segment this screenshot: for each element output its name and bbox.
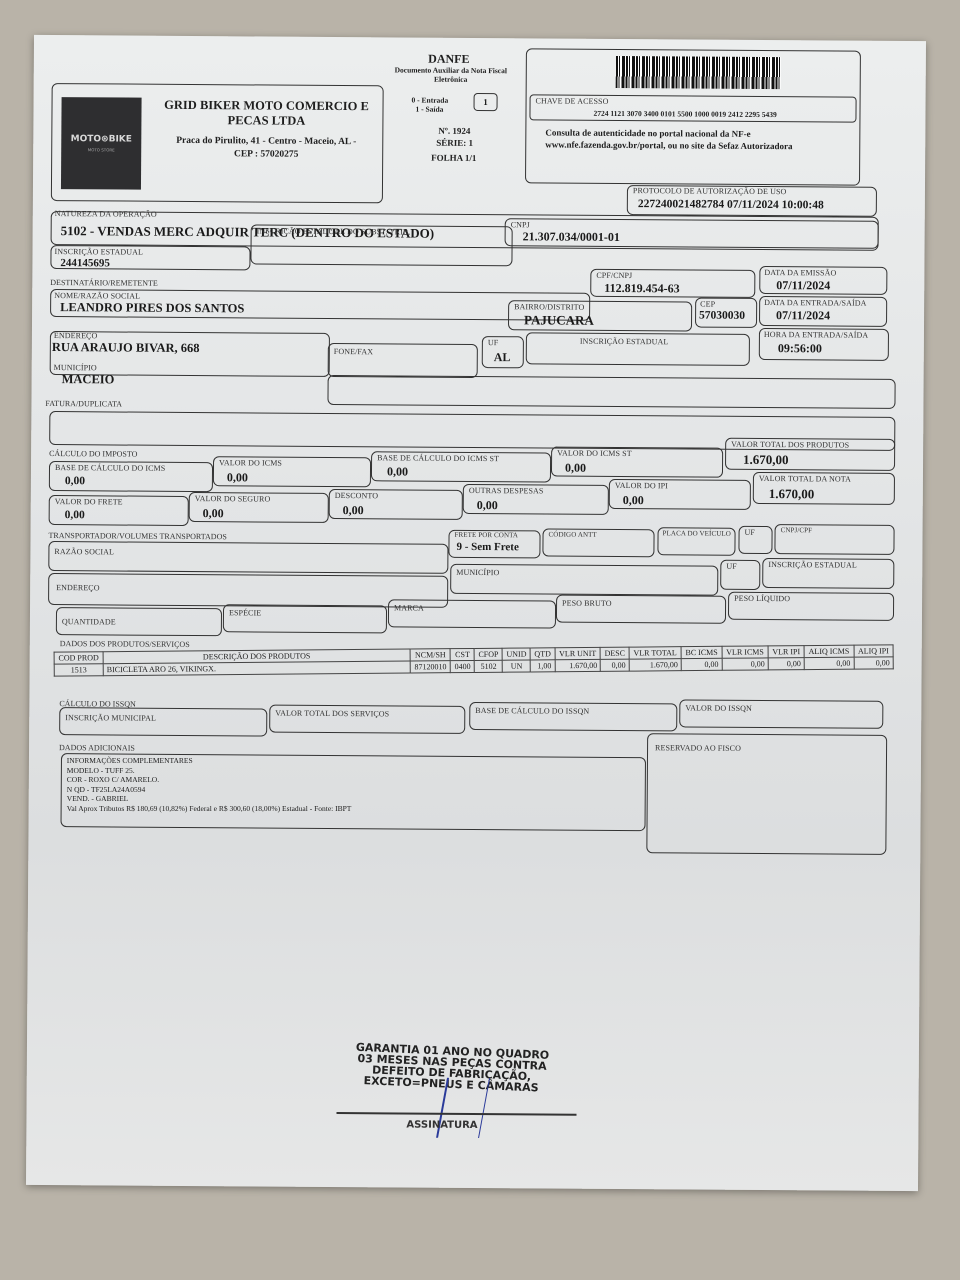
danfe-document: MOTO⊛BIKE MOTO STORE GRID BIKER MOTO COM… — [26, 35, 926, 1191]
uf-value: AL — [494, 350, 511, 365]
products-header-cell: COD PROD — [54, 652, 103, 664]
additional-info-line: VEND. - GABRIEL — [67, 794, 352, 804]
total-note-value: 1.670,00 — [769, 486, 815, 502]
carrier-city-label: MUNICÍPIO — [456, 568, 499, 577]
access-key-value: 2724 1121 3070 3400 0101 5500 1000 0019 … — [593, 109, 776, 119]
icms-st-value: 0,00 — [565, 461, 586, 476]
other-value: 0,00 — [477, 498, 498, 513]
cep-value: 57030030 — [699, 310, 745, 322]
city-row-box — [327, 375, 895, 409]
danfe-number: Nº. 1924 — [438, 126, 470, 136]
product-cell: BICICLETA ARO 26, VIKINGX. — [103, 661, 410, 676]
district-label: BAIRRO/DISTRITO — [514, 302, 584, 311]
icms-st-label: VALOR DO ICMS ST — [557, 449, 632, 459]
product-cell: 0,00 — [768, 658, 804, 670]
insurance-value: 0,00 — [203, 506, 224, 521]
products-header-cell: VLR TOTAL — [629, 647, 681, 659]
issuer-name: GRID BIKER MOTO COMERCIO E PECAS LTDA — [151, 98, 381, 130]
products-header-cell: VLR UNIT — [555, 647, 601, 659]
state-reg-label: INSCRIÇÃO ESTADUAL — [54, 247, 143, 257]
danfe-subtitle: Documento Auxiliar da Nota Fiscal Eletrô… — [386, 65, 516, 84]
base-icms-value: 0,00 — [65, 475, 85, 487]
phone-label: FONE/FAX — [334, 347, 373, 356]
products-header-cell: CFOP — [474, 648, 502, 660]
signature-label: ASSINATURA — [406, 1120, 477, 1131]
additional-info-lines: INFORMAÇÕES COMPLEMENTARESMODELO - TUFF … — [67, 756, 352, 813]
antt-label: CÓDIGO ANTT — [549, 531, 597, 539]
product-cell: 0,00 — [681, 658, 722, 670]
municipal-reg-label: INSCRIÇÃO MUNICIPAL — [65, 713, 156, 723]
issqn-base-label: BASE DE CÁLCULO DO ISSQN — [475, 706, 589, 716]
product-cell: 1.670,00 — [629, 659, 681, 671]
total-products-label: VALOR TOTAL DOS PRODUTOS — [731, 440, 849, 450]
freight-label: VALOR DO FRETE — [55, 497, 123, 506]
freight-payer-label: FRETE POR CONTA — [455, 531, 519, 539]
danfe-entry: 0 - Entrada — [412, 96, 449, 105]
recipient-section: DESTINATÁRIO/REMETENTE — [50, 278, 158, 288]
icms-value: 0,00 — [227, 470, 248, 485]
operation-label: NATUREZA DA OPERAÇÃO — [55, 209, 157, 219]
cep-label: CEP — [700, 300, 715, 309]
time-value: 09:56:00 — [778, 341, 822, 356]
additional-info-line: INFORMAÇÕES COMPLEMENTARES — [67, 756, 352, 766]
products-header-cell: ALIQ IPI — [854, 645, 894, 657]
entry-date: 07/11/2024 — [776, 308, 830, 323]
products-table: COD PRODDESCRIÇÃO DOS PRODUTOSNCM/SHCSTC… — [54, 644, 894, 676]
total-note-label: VALOR TOTAL DA NOTA — [759, 474, 851, 484]
issue-date: 07/11/2024 — [776, 278, 830, 293]
logo-text: MOTO⊛BIKE — [71, 134, 132, 144]
product-cell: 0,00 — [722, 658, 768, 670]
carrier-address-label: ENDEREÇO — [56, 583, 100, 592]
danfe-series: SÉRIE: 1 — [436, 138, 473, 148]
base-icms-label: BASE DE CÁLCULO DO ICMS — [55, 463, 165, 473]
issuer-cep: CEP : 57020275 — [151, 149, 381, 161]
danfe-sheet: FOLHA 1/1 — [431, 153, 476, 163]
fisco-label: RESERVADO AO FISCO — [655, 743, 741, 753]
issue-date-label: DATA DA EMISSÃO — [764, 268, 836, 278]
additional-info-line: N QD - TF25LA24A0594 — [67, 785, 352, 795]
protocol-value: 227240021482784 07/11/2024 10:00:48 — [638, 198, 824, 211]
cnpj-label: CNPJ — [511, 220, 530, 229]
issuer-address: Praca do Pirulito, 41 - Centro - Maceio,… — [151, 136, 381, 148]
city-value: MACEIO — [62, 372, 115, 387]
product-cell: 1513 — [54, 664, 103, 676]
product-cell: UN — [503, 660, 531, 672]
products-header-cell: BC ICMS — [681, 646, 722, 658]
recipient-cpf: 112.819.454-63 — [604, 281, 679, 297]
freight-value: 0,00 — [65, 509, 85, 521]
product-cell: 1,00 — [531, 660, 555, 672]
product-cell: 0,00 — [601, 659, 630, 671]
icms-label: VALOR DO ICMS — [219, 458, 282, 467]
tax-section: CÁLCULO DO IMPOSTO — [49, 449, 137, 459]
freight-payer-value: 9 - Sem Frete — [456, 541, 519, 553]
products-header-cell: NCM/SH — [410, 649, 451, 661]
ie-subst-label: INSCRIÇÃO ESTADUAL DO SUBST. TRIB. — [257, 226, 411, 236]
carrier-ie-label: INSCRIÇÃO ESTADUAL — [768, 560, 857, 570]
products-header-cell: DESC — [601, 647, 630, 659]
total-products-value: 1.670,00 — [743, 452, 789, 468]
carrier-uf-box — [738, 526, 772, 554]
recipient-ie-label: INSCRIÇÃO ESTADUAL — [580, 337, 669, 347]
carrier-uf-label: UF — [745, 528, 756, 537]
danfe-exit: 1 - Saída — [415, 105, 443, 114]
products-header-cell: ALIQ ICMS — [804, 645, 854, 657]
time-label: HORA DA ENTRADA/SAÍDA — [764, 330, 868, 340]
transport-section: TRANSPORTADOR/VOLUMES TRANSPORTADOS — [48, 531, 226, 541]
invoice-label: FATURA/DUPLICATA — [45, 399, 122, 409]
city-label: MUNICÍPIO — [54, 363, 97, 372]
product-cell: 1.670,00 — [555, 659, 601, 671]
additional-info-line: MODELO - TUFF 25. — [67, 766, 352, 776]
address-label: ENDEREÇO — [54, 331, 98, 340]
ipi-value: 0,00 — [623, 493, 644, 508]
product-cell: 87120010 — [410, 661, 451, 673]
carrier-uf2-label: UF — [726, 562, 737, 571]
product-cell: 0400 — [451, 660, 475, 672]
uf-label: UF — [488, 338, 499, 347]
issuer-logo: MOTO⊛BIKE MOTO STORE — [61, 97, 142, 190]
services-total-label: VALOR TOTAL DOS SERVIÇOS — [275, 709, 389, 719]
carrier-name-box — [48, 541, 448, 574]
additional-section: DADOS ADICIONAIS — [59, 743, 135, 753]
recipient-name: LEANDRO PIRES DOS SANTOS — [60, 300, 244, 316]
product-cell: 5102 — [474, 660, 502, 672]
discount-value: 0,00 — [343, 503, 364, 518]
other-label: OUTRAS DESPESAS — [469, 486, 544, 496]
products-header-cell: UNID — [502, 648, 530, 660]
plate-label: PLACA DO VEÍCULO — [663, 529, 731, 537]
access-key-label: CHAVE DE ACESSO — [536, 96, 609, 106]
danfe-type-box: 1 — [474, 93, 498, 111]
brand-label: MARCA — [394, 603, 424, 612]
protocol-label: PROTOCOLO DE AUTORIZAÇÃO DE USO — [633, 186, 787, 196]
quantity-label: QUANTIDADE — [62, 617, 116, 626]
recipient-cpf-label: CPF/CNPJ — [596, 271, 632, 280]
base-icms-st-label: BASE DE CÁLCULO DO ICMS ST — [377, 453, 499, 463]
consult-line2: www.nfe.fazenda.gov.br/portal, ou no sit… — [545, 139, 792, 151]
additional-info-line: Val Aprox Tributos R$ 180,69 (10,82%) Fe… — [67, 804, 352, 814]
carrier-cnpj-label: CNPJ/CPF — [781, 526, 813, 534]
products-header-cell: VLR IPI — [768, 646, 804, 658]
base-icms-st-value: 0,00 — [387, 464, 408, 479]
species-label: ESPÉCIE — [229, 608, 261, 617]
product-cell: 0,00 — [854, 657, 894, 669]
cnpj-value: 21.307.034/0001-01 — [523, 229, 620, 245]
issqn-value-label: VALOR DO ISSQN — [685, 703, 752, 712]
products-section: DADOS DOS PRODUTOS/SERVIÇOS — [60, 639, 190, 649]
products-header-cell: CST — [451, 648, 475, 660]
district-value: PAJUCARA — [524, 312, 594, 328]
discount-label: DESCONTO — [335, 491, 378, 500]
products-header-cell: QTD — [530, 648, 554, 660]
gross-weight-label: PESO BRUTO — [562, 599, 612, 608]
barcode — [616, 56, 781, 89]
product-cell: 0,00 — [804, 657, 854, 669]
ipi-label: VALOR DO IPI — [615, 481, 668, 490]
additional-info-line: COR - ROXO C/ AMARELO. — [67, 775, 352, 785]
products-header-cell: VLR ICMS — [722, 646, 768, 658]
net-weight-label: PESO LÍQUIDO — [734, 594, 790, 603]
consult-line1: Consulta de autenticidade no portal naci… — [545, 127, 750, 138]
entry-date-label: DATA DA ENTRADA/SAÍDA — [764, 298, 866, 308]
address-value: RUA ARAUJO BIVAR, 668 — [52, 340, 200, 356]
carrier-name-label: RAZÃO SOCIAL — [54, 547, 114, 556]
state-reg-value: 244145695 — [60, 257, 110, 269]
insurance-label: VALOR DO SEGURO — [195, 494, 271, 504]
